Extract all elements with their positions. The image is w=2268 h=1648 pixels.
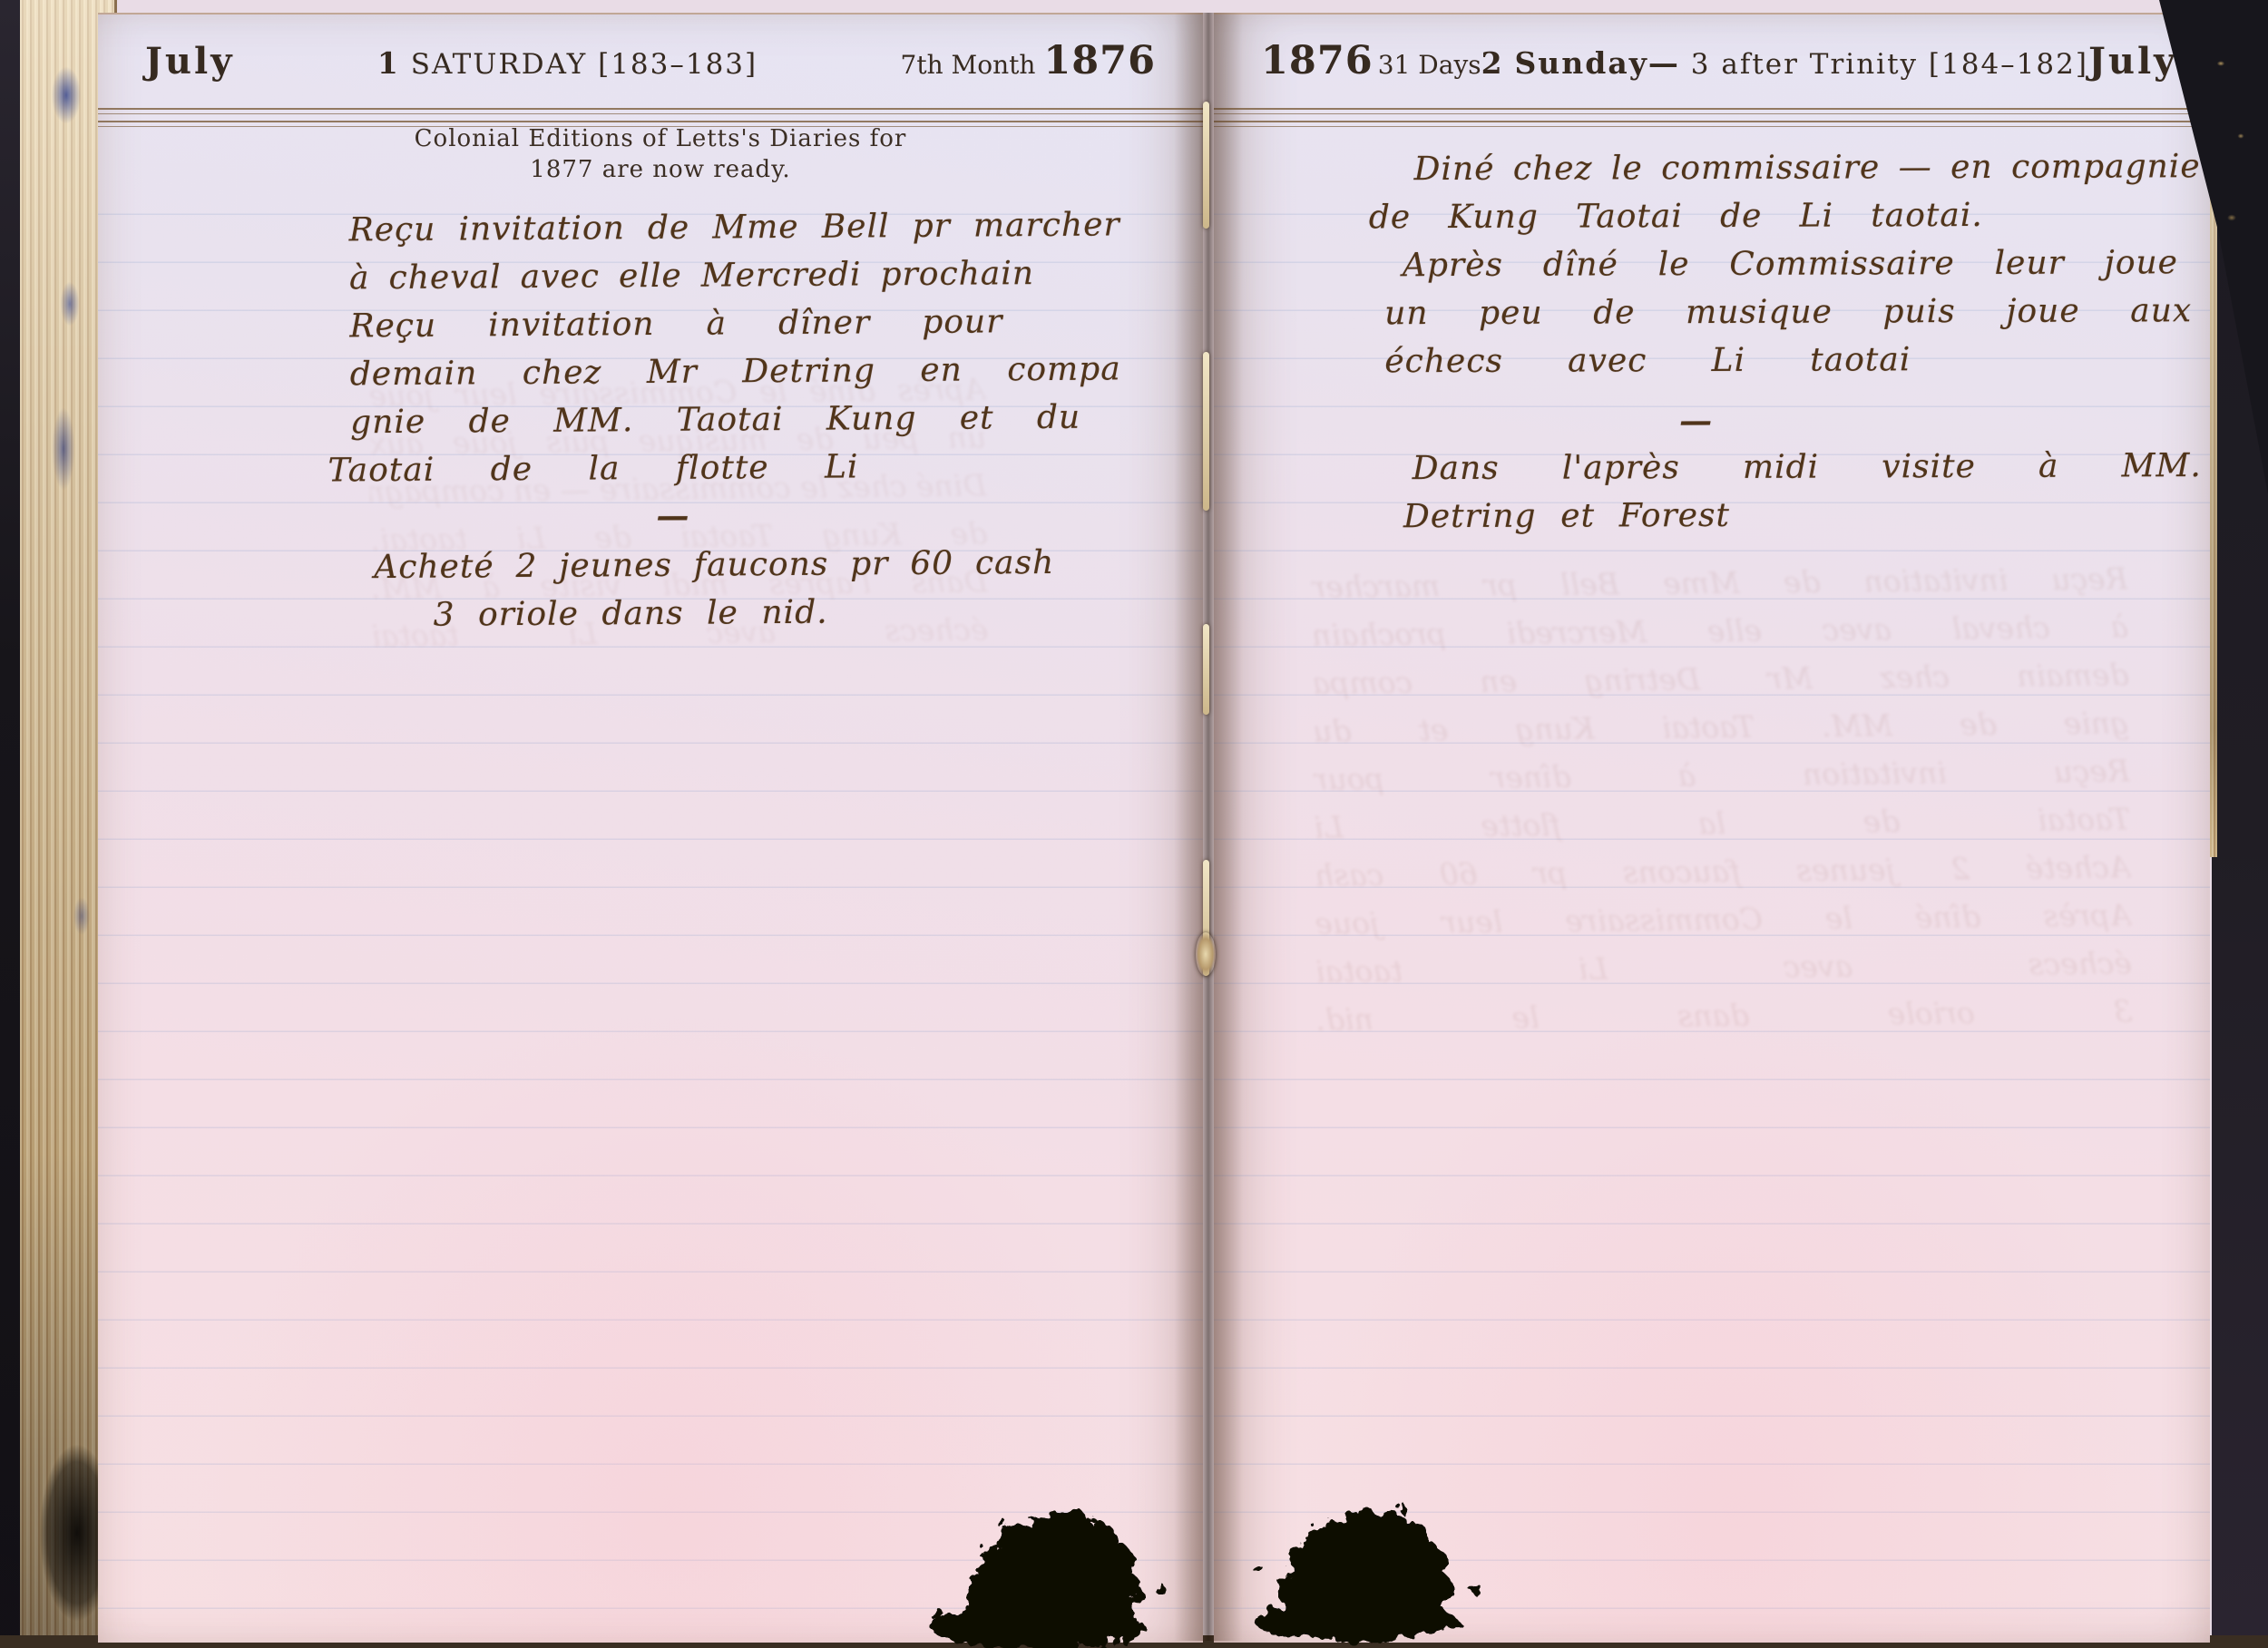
handwritten-line: demain chez Mr Detring en compa bbox=[350, 349, 1121, 395]
right-entry: Diné chez le commissaire — en compagnie … bbox=[1214, 13, 2210, 16]
handwritten-line: Reçu invitation de Mme Bell pr marcher bbox=[349, 205, 1120, 250]
entry-divider: — bbox=[637, 496, 709, 537]
ink-blot-right bbox=[1254, 1503, 1480, 1642]
blue-ink-stain bbox=[47, 390, 80, 508]
right-page-header: 1876 31 Days 2 Sunday— 3 after Trinity [… bbox=[1261, 38, 2163, 83]
blue-ink-stain bbox=[56, 272, 83, 336]
blue-ink-stain bbox=[45, 54, 87, 136]
header-month: July bbox=[145, 40, 234, 83]
header-rule bbox=[1214, 108, 2210, 114]
handwritten-line: à cheval avec elle Mercredi prochain bbox=[349, 254, 1034, 298]
left-entry: Reçu invitation de Mme Bell pr marcher à… bbox=[98, 11, 1203, 19]
entry-divider: — bbox=[1664, 401, 1727, 441]
header-month: July bbox=[2088, 40, 2177, 83]
handwritten-line: Dans l'après midi visite à MM. bbox=[1413, 446, 2202, 489]
header-rule bbox=[1214, 121, 2210, 127]
header-year-group: 7th Month 1876 bbox=[901, 38, 1156, 83]
handwritten-line: Acheté 2 jeunes faucons pr 60 cash bbox=[374, 543, 1054, 588]
ink-blots bbox=[894, 1478, 1583, 1648]
handwritten-line: échecs avec Li taotai bbox=[1384, 340, 1911, 382]
blue-ink-stain bbox=[70, 889, 93, 943]
ruled-lines bbox=[1214, 167, 2210, 1637]
show-through-text: Reçu invitation de Mme Bell pr marcher à… bbox=[1311, 554, 2133, 1043]
book-cover-right-edge bbox=[2212, 0, 2268, 1648]
stitch-thread bbox=[1203, 624, 1209, 715]
handwritten-line: de Kung Taotai de Li taotai. bbox=[1369, 196, 1983, 238]
handwritten-line: Reçu invitation à dîner pour bbox=[349, 302, 1002, 346]
handwritten-line: gnie de MM. Taotai Kung et du bbox=[350, 398, 1080, 444]
left-page: July 1 SATURDAY [183–183] 7th Month 1876… bbox=[98, 13, 1203, 1643]
ink-blot-left bbox=[931, 1511, 1164, 1648]
handwritten-line: Après dîné le Commissaire leur joue bbox=[1403, 243, 2178, 286]
header-day: 2 Sunday— 3 after Trinity [184–182] bbox=[1481, 45, 2088, 81]
stitch-thread bbox=[1203, 102, 1209, 229]
left-page-header: July 1 SATURDAY [183–183] 7th Month 1876 bbox=[145, 38, 1156, 83]
handwritten-line: Detring et Forest bbox=[1403, 496, 1730, 537]
right-page: 1876 31 Days 2 Sunday— 3 after Trinity [… bbox=[1214, 13, 2210, 1643]
stitch-thread bbox=[1203, 352, 1209, 511]
stitch-knot bbox=[1196, 932, 1216, 976]
header-day: 1 SATURDAY [183–183] bbox=[377, 45, 758, 81]
handwritten-line: Taotai de la flotte Li bbox=[327, 447, 858, 491]
handwritten-line: un peu de musique puis joue aux bbox=[1384, 291, 2192, 334]
header-year-group: 1876 31 Days bbox=[1261, 38, 1481, 83]
publisher-notice: Colonial Editions of Letts's Diaries for… bbox=[397, 124, 924, 186]
handwritten-line: 3 oriole dans le nid. bbox=[433, 593, 827, 636]
header-rule bbox=[98, 108, 1203, 114]
handwritten-line: Diné chez le commissaire — en compagnie bbox=[1414, 147, 2201, 190]
